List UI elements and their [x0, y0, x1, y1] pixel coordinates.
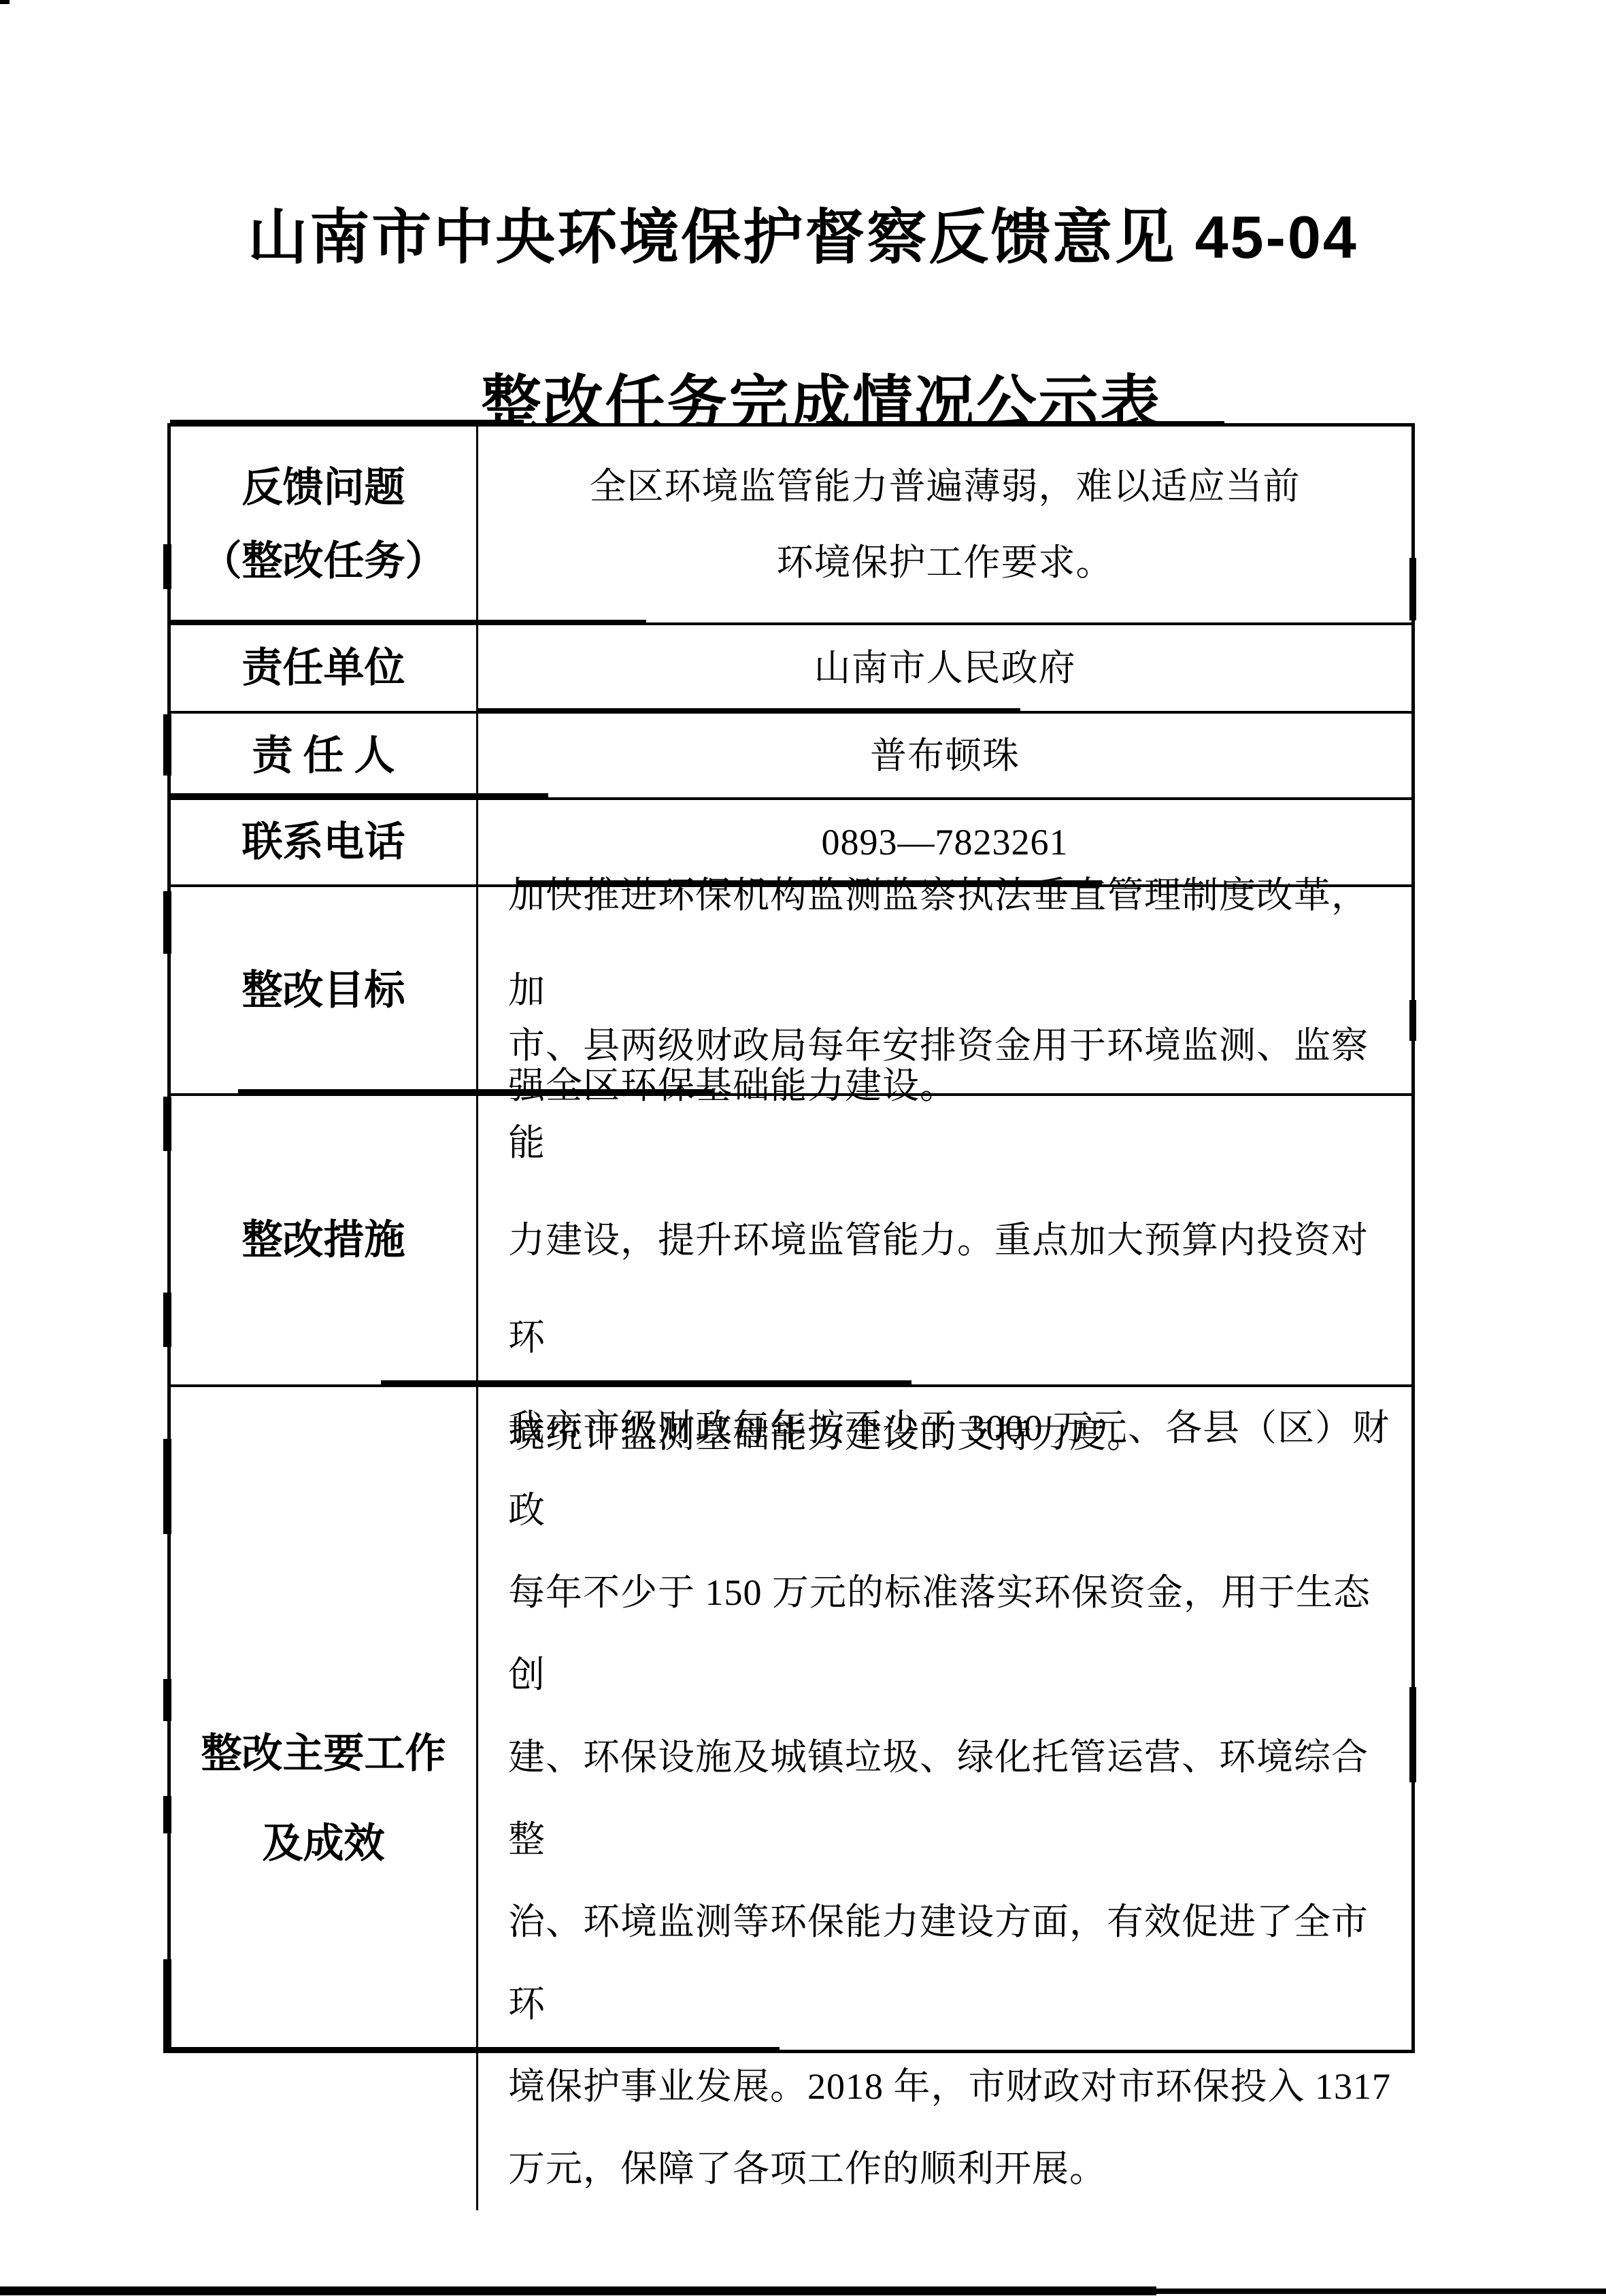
row-value-rectification-measures: 市、县两级财政局每年安排资金用于环境监测、监察能 力建设，提升环境监管能力。重点…: [478, 1096, 1411, 1384]
document-title: 山南市中央环境保护督察反馈意见 45-04 整改任务完成情况公示表: [0, 196, 1606, 445]
row-label-feedback-problem: 反馈问题 （整改任务）: [171, 427, 478, 622]
scanned-document-page: 山南市中央环境保护督察反馈意见 45-04 整改任务完成情况公示表 反馈问题 （…: [0, 0, 1606, 2296]
document-title-line1: 山南市中央环境保护督察反馈意见 45-04: [248, 203, 1358, 271]
scan-artifact: [163, 714, 171, 776]
scan-artifact: [170, 420, 524, 425]
row-label-rectification-goal: 整改目标: [171, 887, 478, 1093]
scan-artifact: [163, 1293, 171, 1347]
table-row-responsible-unit: 责任单位 山南市人民政府: [171, 625, 1411, 714]
row-label-contact-phone: 联系电话: [171, 800, 478, 884]
scan-artifact: [163, 544, 171, 589]
row-value-responsible-person: 普布顿珠: [478, 714, 1411, 797]
scan-artifact: [476, 708, 1020, 713]
scan-artifact: [163, 891, 171, 954]
scan-artifact: [816, 421, 1224, 426]
scan-artifact: [517, 880, 1102, 885]
scan-artifact: [163, 1959, 171, 2053]
row-label-responsible-person: 责 任 人: [171, 714, 478, 797]
scan-artifact: [167, 2047, 780, 2053]
scan-artifact: [381, 1380, 911, 1386]
scan-artifact: [1409, 558, 1416, 620]
rectification-publicity-table: 反馈问题 （整改任务） 全区环境监管能力普遍薄弱，难以适应当前 环境保护工作要求…: [167, 423, 1415, 2053]
scan-artifact: [0, 0, 10, 4]
table-row-rectification-measures: 整改措施 市、县两级财政局每年安排资金用于环境监测、监察能 力建设，提升环境监管…: [171, 1096, 1411, 1387]
row-value-main-work-results: 我市市级财政每年按不少于 3000 万元、各县（区）财政 每年不少于 150 万…: [478, 1387, 1411, 2210]
row-label-rectification-measures: 整改措施: [171, 1096, 478, 1384]
scan-artifact: [170, 620, 646, 625]
table-row-feedback-problem: 反馈问题 （整改任务） 全区环境监管能力普遍薄弱，难以适应当前 环境保护工作要求…: [171, 427, 1411, 625]
scan-artifact: [0, 2286, 1156, 2295]
scan-artifact: [163, 1439, 171, 1534]
scan-artifact: [163, 1679, 171, 1721]
scan-artifact: [163, 1097, 171, 1151]
row-value-responsible-unit: 山南市人民政府: [478, 625, 1411, 711]
row-label-responsible-unit: 责任单位: [171, 625, 478, 711]
table-row-responsible-person: 责 任 人 普布顿珠: [171, 714, 1411, 800]
scan-artifact: [1409, 1000, 1416, 1041]
table-row-main-work-results: 整改主要工作 及成效 我市市级财政每年按不少于 3000 万元、各县（区）财政 …: [171, 1387, 1411, 2210]
row-label-main-work-results: 整改主要工作 及成效: [171, 1387, 478, 2210]
row-value-feedback-problem: 全区环境监管能力普遍薄弱，难以适应当前 环境保护工作要求。: [478, 427, 1411, 622]
scan-artifact: [1409, 1687, 1416, 1782]
scan-artifact: [238, 1089, 714, 1095]
scan-artifact: [163, 1796, 171, 1833]
scan-artifact: [167, 793, 548, 798]
